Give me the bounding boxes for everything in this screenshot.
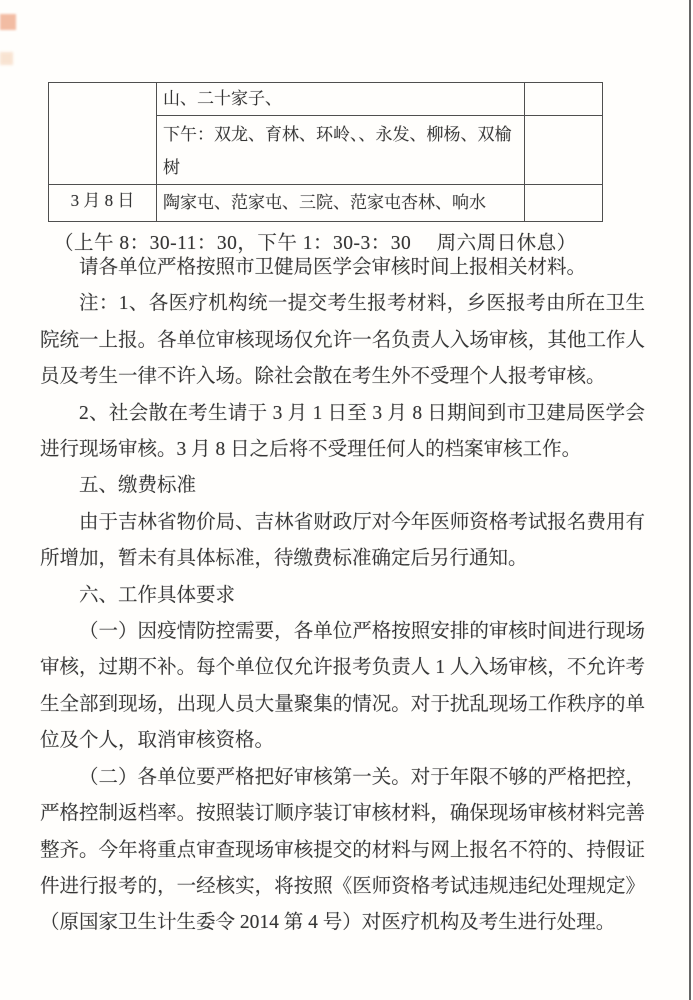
- paragraph-requirement-2: （二）各单位要严格把好审核第一关。对于年限不够的严格把控，严格控制返档率。按照装…: [40, 760, 645, 942]
- table-cell-date-merged: [49, 83, 156, 184]
- scanned-document-page: 山、二十家子、 下午：双龙、育林、环岭、、永发、柳杨、双榆树 3 月 8 日 陶…: [0, 0, 693, 1000]
- review-schedule-table: 山、二十家子、 下午：双龙、育林、环岭、、永发、柳杨、双榆树 3 月 8 日 陶…: [48, 82, 603, 222]
- scan-edge-line: [689, 0, 691, 1000]
- table-cell-locations-row1: 山、二十家子、: [156, 83, 524, 115]
- paragraph-submit-materials: 请各单位严格按照市卫健局医学会审核时间上报相关材料。: [40, 250, 645, 286]
- paragraph-requirement-1: （一）因疫情防控需要，各单位严格按照安排的审核时间进行现场审核，过期不补。每个单…: [40, 614, 645, 760]
- table-cell-date-row3: 3 月 8 日: [49, 184, 156, 221]
- scan-artifact-mark: [0, 52, 13, 65]
- paragraph-note-1: 注：1、各医疗机构统一提交考生报考材料，乡医报考由所在卫生院统一上报。各单位审核…: [40, 286, 645, 395]
- document-body-text: 请各单位严格按照市卫健局医学会审核时间上报相关材料。 注：1、各医疗机构统一提交…: [40, 250, 645, 942]
- heading-section-5-payment-standard: 五、缴费标准: [40, 468, 645, 504]
- paragraph-note-2: 2、社会散在考生请于 3 月 1 日至 3 月 8 日期间到市卫建局医学会进行现…: [40, 396, 645, 469]
- table-cell-empty-row2: [524, 115, 602, 184]
- scan-artifact-mark: [0, 14, 16, 30]
- table-cell-locations-row2: 下午：双龙、育林、环岭、、永发、柳杨、双榆树: [156, 115, 524, 184]
- heading-section-6-work-requirements: 六、工作具体要求: [40, 578, 645, 614]
- table-cell-empty-row3: [524, 184, 602, 221]
- table-cell-locations-row3: 陶家屯、范家屯、三院、范家屯杏林、响水: [156, 184, 524, 221]
- table-cell-empty-row1: [524, 83, 602, 115]
- paragraph-payment-standard: 由于吉林省物价局、吉林省财政厅对今年医师资格考试报名费用有所增加，暂未有具体标准…: [40, 505, 645, 578]
